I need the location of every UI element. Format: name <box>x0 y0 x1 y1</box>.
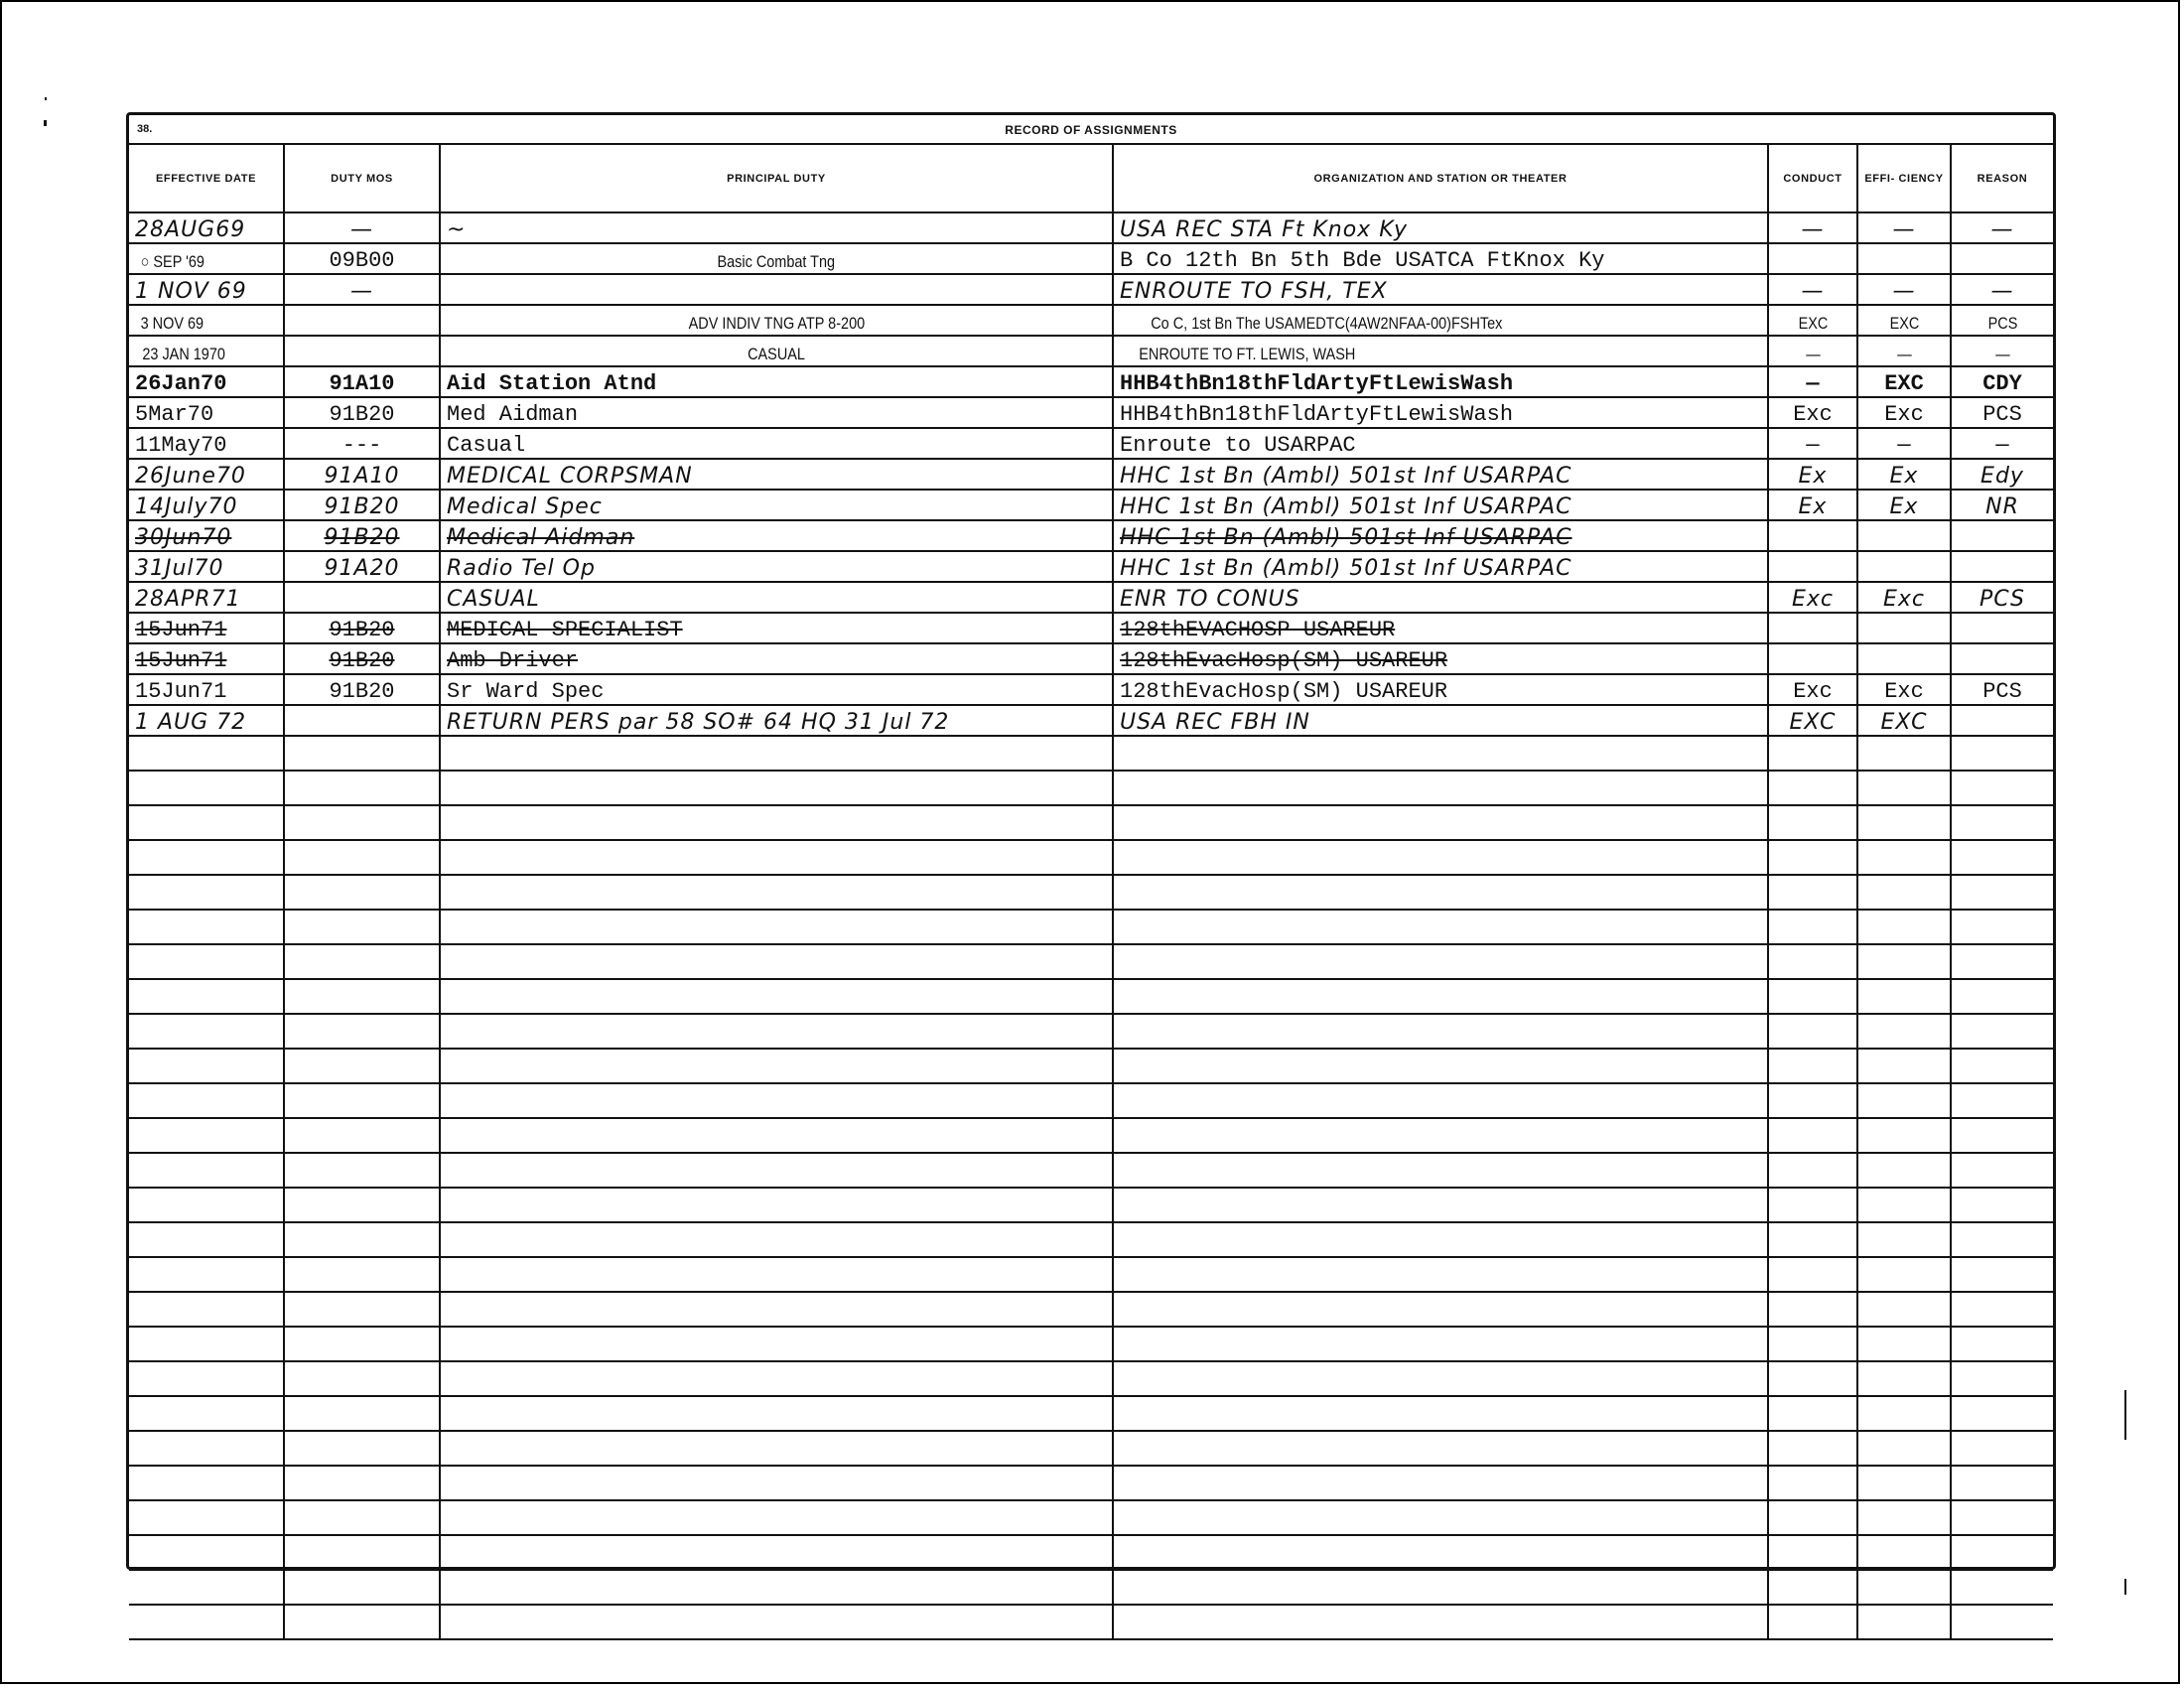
empty-cell <box>1768 1083 1857 1118</box>
empty-cell <box>1857 1431 1951 1466</box>
reason-text: — <box>1991 279 2014 304</box>
empty-cell <box>1768 1500 1857 1535</box>
empty-cell <box>1857 979 1951 1014</box>
empty-cell <box>1951 1535 2053 1570</box>
empty-cell <box>284 1570 440 1605</box>
empty-cell <box>1113 736 1768 771</box>
reason-cell: Edy <box>1951 459 2053 490</box>
efficiency-text: EXC <box>1884 371 1924 396</box>
empty-cell <box>129 1431 284 1466</box>
empty-cell <box>129 1466 284 1500</box>
empty-cell <box>1951 840 2053 875</box>
efficiency-cell: — <box>1857 428 1951 459</box>
effective-date-cell: 26June70 <box>129 459 284 490</box>
empty-cell <box>1113 1396 1768 1431</box>
duty-mos-cell: 91A10 <box>284 366 440 397</box>
conduct-cell <box>1768 520 1857 551</box>
duty-mos-text: 91B20 <box>324 525 399 550</box>
duty-mos-text: 91A20 <box>324 556 399 581</box>
duty-mos-cell <box>284 705 440 736</box>
empty-cell <box>129 840 284 875</box>
principal-duty-text: CASUAL <box>447 587 540 612</box>
principal-duty-text: ~ <box>447 217 466 242</box>
table-row: ○ SEP '6909B00Basic Combat TngB Co 12th … <box>129 243 2053 274</box>
col-principal-duty: PRINCIPAL DUTY <box>440 145 1113 212</box>
empty-cell <box>440 805 1113 840</box>
organization-cell: HHB4thBn18thFldArtyFtLewisWash <box>1113 366 1768 397</box>
organization-text: ENROUTE TO FSH, TEX <box>1120 279 1388 304</box>
empty-cell <box>284 1188 440 1222</box>
reason-cell: PCS <box>1951 305 2053 336</box>
effective-date-cell: ○ SEP '69 <box>129 243 284 274</box>
empty-table-row <box>129 1014 2053 1049</box>
empty-table-row <box>129 1466 2053 1500</box>
table-row: 28AUG69—~USA REC STA Ft Knox Ky——— <box>129 212 2053 243</box>
table-row: 1 AUG 72RETURN PERS par 58 SO# 64 HQ 31 … <box>129 705 2053 736</box>
empty-cell <box>1951 1431 2053 1466</box>
effective-date-text: 14July70 <box>135 494 238 519</box>
empty-cell <box>129 875 284 910</box>
effective-date-text: ○ SEP '69 <box>141 252 205 272</box>
empty-cell <box>129 771 284 805</box>
empty-cell <box>284 1500 440 1535</box>
table-row: 28APR71CASUALENR TO CONUSExcExcPCS <box>129 582 2053 613</box>
empty-cell <box>440 736 1113 771</box>
efficiency-text: Exc <box>1884 679 1924 704</box>
effective-date-cell: 26Jan70 <box>129 366 284 397</box>
organization-cell: ENR TO CONUS <box>1113 582 1768 613</box>
column-header-row: EFFECTIVE DATE DUTY MOS PRINCIPAL DUTY O… <box>129 145 2053 212</box>
organization-text: USA REC STA Ft Knox Ky <box>1120 217 1408 242</box>
principal-duty-cell: MEDICAL SPECIALIST <box>440 613 1113 643</box>
conduct-cell <box>1768 551 1857 582</box>
organization-cell: 128thEVACHOSP USAREUR <box>1113 613 1768 643</box>
principal-duty-text: Medical Spec <box>447 494 603 519</box>
duty-mos-cell <box>284 336 440 366</box>
empty-cell <box>1951 944 2053 979</box>
empty-cell <box>284 1292 440 1327</box>
empty-cell <box>1951 1500 2053 1535</box>
empty-cell <box>1951 979 2053 1014</box>
reason-text: NR <box>1985 494 2019 519</box>
effective-date-text: 28APR71 <box>135 587 241 612</box>
empty-cell <box>284 1049 440 1083</box>
duty-mos-cell: 91A20 <box>284 551 440 582</box>
empty-table-row <box>129 1570 2053 1605</box>
duty-mos-text: 91B20 <box>324 494 399 519</box>
empty-cell <box>284 1361 440 1396</box>
duty-mos-cell: — <box>284 274 440 305</box>
efficiency-cell <box>1857 520 1951 551</box>
empty-table-row <box>129 771 2053 805</box>
empty-cell <box>129 910 284 944</box>
table-row: 15Jun7191B20MEDICAL SPECIALIST128thEVACH… <box>129 613 2053 643</box>
empty-cell <box>129 1257 284 1292</box>
empty-cell <box>440 1500 1113 1535</box>
empty-cell <box>1951 1188 2053 1222</box>
reason-cell: — <box>1951 336 2053 366</box>
conduct-cell: — <box>1768 274 1857 305</box>
effective-date-cell: 14July70 <box>129 490 284 520</box>
empty-cell <box>1857 1083 1951 1118</box>
efficiency-cell: — <box>1857 336 1951 366</box>
efficiency-text: — <box>1897 433 1910 458</box>
empty-cell <box>1951 1327 2053 1361</box>
table-row: 11May70---CasualEnroute to USARPAC——— <box>129 428 2053 459</box>
conduct-cell: Exc <box>1768 582 1857 613</box>
reason-cell <box>1951 643 2053 674</box>
empty-table-row <box>129 805 2053 840</box>
empty-cell <box>1857 1188 1951 1222</box>
table-row: 14July7091B20Medical SpecHHC 1st Bn (Amb… <box>129 490 2053 520</box>
empty-cell <box>1113 1500 1768 1535</box>
principal-duty-cell <box>440 274 1113 305</box>
empty-cell <box>1768 1153 1857 1188</box>
effective-date-cell: 11May70 <box>129 428 284 459</box>
empty-cell <box>1768 805 1857 840</box>
principal-duty-text: Med Aidman <box>447 402 578 427</box>
duty-mos-text: 91A10 <box>324 464 399 489</box>
principal-duty-cell: Radio Tel Op <box>440 551 1113 582</box>
empty-cell <box>1113 840 1768 875</box>
organization-text: HHC 1st Bn (Ambl) 501st Inf USARPAC <box>1120 464 1572 489</box>
effective-date-text: 26Jan70 <box>135 371 226 396</box>
empty-cell <box>440 1292 1113 1327</box>
empty-cell <box>440 910 1113 944</box>
organization-text: 128thEvacHosp(SM) USAREUR <box>1120 648 1447 673</box>
empty-table-row <box>129 1361 2053 1396</box>
conduct-text: — <box>1806 433 1819 458</box>
empty-cell <box>1857 1014 1951 1049</box>
empty-cell <box>1113 805 1768 840</box>
empty-table-row <box>129 944 2053 979</box>
table-row: 5Mar7091B20Med AidmanHHB4thBn18thFldArty… <box>129 397 2053 428</box>
conduct-cell: Ex <box>1768 490 1857 520</box>
margin-mark <box>44 120 47 126</box>
empty-cell <box>1768 771 1857 805</box>
empty-cell <box>1857 1605 1951 1639</box>
empty-cell <box>440 1327 1113 1361</box>
empty-cell <box>1768 1361 1857 1396</box>
empty-cell <box>1768 736 1857 771</box>
empty-cell <box>1113 1188 1768 1222</box>
principal-duty-cell: CASUAL <box>440 336 1113 366</box>
table-row: 1 NOV 69—ENROUTE TO FSH, TEX——— <box>129 274 2053 305</box>
organization-cell: ENROUTE TO FT. LEWIS, WASH <box>1113 336 1768 366</box>
empty-cell <box>284 1396 440 1431</box>
empty-table-row <box>129 1431 2053 1466</box>
principal-duty-cell: Med Aidman <box>440 397 1113 428</box>
col-efficiency: EFFI- CIENCY <box>1857 145 1951 212</box>
duty-mos-text: — <box>350 217 373 242</box>
empty-cell <box>1113 1466 1768 1500</box>
empty-cell <box>129 1361 284 1396</box>
empty-cell <box>129 979 284 1014</box>
efficiency-cell: Exc <box>1857 674 1951 705</box>
empty-cell <box>1951 1083 2053 1118</box>
effective-date-text: 5Mar70 <box>135 402 213 427</box>
reason-text: PCS <box>1982 679 2022 704</box>
conduct-cell: Exc <box>1768 674 1857 705</box>
empty-cell <box>1857 1570 1951 1605</box>
table-row: 26June7091A10MEDICAL CORPSMANHHC 1st Bn … <box>129 459 2053 490</box>
organization-cell: HHC 1st Bn (Ambl) 501st Inf USARPAC <box>1113 520 1768 551</box>
empty-cell <box>1113 1292 1768 1327</box>
effective-date-cell: 3 NOV 69 <box>129 305 284 336</box>
conduct-text: Ex <box>1799 494 1828 519</box>
reason-cell: NR <box>1951 490 2053 520</box>
empty-cell <box>440 1222 1113 1257</box>
empty-cell <box>1857 910 1951 944</box>
empty-cell <box>1857 771 1951 805</box>
duty-mos-text: 09B00 <box>329 248 394 273</box>
efficiency-text: Exc <box>1884 402 1924 427</box>
organization-text: HHB4thBn18thFldArtyFtLewisWash <box>1120 402 1513 427</box>
empty-cell <box>1951 736 2053 771</box>
organization-cell: B Co 12th Bn 5th Bde USATCA FtKnox Ky <box>1113 243 1768 274</box>
empty-table-row <box>129 1535 2053 1570</box>
duty-mos-cell: — <box>284 212 440 243</box>
empty-cell <box>1857 1396 1951 1431</box>
empty-cell <box>284 736 440 771</box>
empty-cell <box>284 979 440 1014</box>
empty-cell <box>129 1222 284 1257</box>
empty-cell <box>1951 1361 2053 1396</box>
empty-cell <box>1951 910 2053 944</box>
organization-cell: HHC 1st Bn (Ambl) 501st Inf USARPAC <box>1113 459 1768 490</box>
organization-text: HHB4thBn18thFldArtyFtLewisWash <box>1120 371 1513 396</box>
empty-cell <box>1951 1222 2053 1257</box>
empty-cell <box>440 1570 1113 1605</box>
efficiency-cell: EXC <box>1857 305 1951 336</box>
principal-duty-cell: Sr Ward Spec <box>440 674 1113 705</box>
organization-text: B Co 12th Bn 5th Bde USATCA FtKnox Ky <box>1120 248 1604 273</box>
empty-cell <box>440 1083 1113 1118</box>
duty-mos-cell: 91B20 <box>284 490 440 520</box>
empty-cell <box>284 1257 440 1292</box>
conduct-text: — <box>1802 279 1825 304</box>
empty-cell <box>1857 875 1951 910</box>
conduct-text: Ex <box>1799 464 1828 489</box>
efficiency-cell <box>1857 613 1951 643</box>
record-of-assignments-form: 38. RECORD OF ASSIGNMENTS EFFECTIVE DATE… <box>126 112 2056 1570</box>
empty-cell <box>1113 979 1768 1014</box>
organization-text: 128thEvacHosp(SM) USAREUR <box>1120 679 1447 704</box>
empty-table-row <box>129 979 2053 1014</box>
efficiency-text: Ex <box>1890 494 1919 519</box>
principal-duty-text: Basic Combat Tng <box>718 252 836 272</box>
empty-cell <box>1857 1361 1951 1396</box>
empty-cell <box>284 840 440 875</box>
empty-cell <box>1768 840 1857 875</box>
organization-text: Co C, 1st Bn The USAMEDTC(4AW2NFAA-00)FS… <box>1151 314 1502 334</box>
table-row: 3 NOV 69ADV INDIV TNG ATP 8-200Co C, 1st… <box>129 305 2053 336</box>
principal-duty-cell: Aid Station Atnd <box>440 366 1113 397</box>
reason-cell <box>1951 613 2053 643</box>
principal-duty-cell: MEDICAL CORPSMAN <box>440 459 1113 490</box>
empty-cell <box>1857 1118 1951 1153</box>
empty-table-row <box>129 1292 2053 1327</box>
efficiency-text: EXC <box>1881 710 1928 735</box>
reason-text: — <box>1991 217 2014 242</box>
empty-cell <box>1113 1014 1768 1049</box>
empty-cell <box>284 1327 440 1361</box>
duty-mos-text: 91B20 <box>329 679 394 704</box>
conduct-text: — <box>1806 371 1819 396</box>
effective-date-cell: 28AUG69 <box>129 212 284 243</box>
empty-cell <box>129 1292 284 1327</box>
empty-cell <box>1113 875 1768 910</box>
reason-cell: — <box>1951 212 2053 243</box>
reason-cell <box>1951 705 2053 736</box>
empty-cell <box>1113 1083 1768 1118</box>
duty-mos-text: 91A10 <box>329 371 394 396</box>
empty-cell <box>1113 1361 1768 1396</box>
effective-date-text: 15Jun71 <box>135 618 226 642</box>
organization-cell: ENROUTE TO FSH, TEX <box>1113 274 1768 305</box>
duty-mos-cell: 91B20 <box>284 643 440 674</box>
empty-cell <box>440 771 1113 805</box>
duty-mos-text: --- <box>342 433 382 458</box>
empty-cell <box>1113 771 1768 805</box>
empty-cell <box>440 1118 1113 1153</box>
empty-cell <box>1113 1535 1768 1570</box>
empty-cell <box>1768 1222 1857 1257</box>
empty-cell <box>440 979 1113 1014</box>
table-row: 23 JAN 1970CASUALENROUTE TO FT. LEWIS, W… <box>129 336 2053 366</box>
empty-cell <box>1113 1257 1768 1292</box>
conduct-cell: Ex <box>1768 459 1857 490</box>
effective-date-cell: 30Jun70 <box>129 520 284 551</box>
principal-duty-cell: ~ <box>440 212 1113 243</box>
empty-cell <box>1768 1327 1857 1361</box>
empty-table-row <box>129 910 2053 944</box>
duty-mos-text: — <box>350 279 373 304</box>
empty-cell <box>1768 979 1857 1014</box>
empty-cell <box>1113 1153 1768 1188</box>
empty-cell <box>284 910 440 944</box>
empty-cell <box>1113 1570 1768 1605</box>
effective-date-text: 11May70 <box>135 433 226 458</box>
effective-date-text: 30Jun70 <box>135 525 231 550</box>
empty-cell <box>129 1327 284 1361</box>
empty-cell <box>1768 944 1857 979</box>
empty-cell <box>440 1153 1113 1188</box>
empty-cell <box>284 1605 440 1639</box>
empty-cell <box>129 1083 284 1118</box>
effective-date-text: 28AUG69 <box>135 217 245 242</box>
empty-table-row <box>129 1049 2053 1083</box>
reason-cell <box>1951 243 2053 274</box>
conduct-text: — <box>1802 217 1825 242</box>
conduct-cell <box>1768 243 1857 274</box>
empty-cell <box>284 805 440 840</box>
empty-cell <box>440 1361 1113 1396</box>
table-row: 26Jan7091A10Aid Station AtndHHB4thBn18th… <box>129 366 2053 397</box>
effective-date-text: 31Jul70 <box>135 556 224 581</box>
empty-cell <box>1768 875 1857 910</box>
empty-cell <box>129 1014 284 1049</box>
conduct-cell: — <box>1768 428 1857 459</box>
empty-cell <box>1113 910 1768 944</box>
reason-cell <box>1951 551 2053 582</box>
duty-mos-cell: 91B20 <box>284 674 440 705</box>
efficiency-cell: EXC <box>1857 705 1951 736</box>
empty-cell <box>1951 1605 2053 1639</box>
empty-cell <box>1951 1292 2053 1327</box>
reason-text: PCS <box>1979 587 2025 612</box>
organization-cell: Enroute to USARPAC <box>1113 428 1768 459</box>
empty-table-row <box>129 1222 2053 1257</box>
efficiency-cell: — <box>1857 274 1951 305</box>
conduct-cell <box>1768 643 1857 674</box>
reason-cell: CDY <box>1951 366 2053 397</box>
effective-date-text: 1 AUG 72 <box>135 710 246 735</box>
conduct-text: EXC <box>1790 710 1837 735</box>
efficiency-text: — <box>1893 279 1916 304</box>
empty-cell <box>440 1049 1113 1083</box>
empty-cell <box>1768 1049 1857 1083</box>
effective-date-cell: 1 AUG 72 <box>129 705 284 736</box>
empty-cell <box>284 875 440 910</box>
table-row: 15Jun7191B20Sr Ward Spec128thEvacHosp(SM… <box>129 674 2053 705</box>
organization-cell: 128thEvacHosp(SM) USAREUR <box>1113 674 1768 705</box>
conduct-cell: — <box>1768 366 1857 397</box>
effective-date-text: 15Jun71 <box>135 648 226 673</box>
conduct-text: Exc <box>1793 679 1833 704</box>
col-reason: REASON <box>1951 145 2053 212</box>
duty-mos-text: 91B20 <box>329 402 394 427</box>
empty-cell <box>1951 1257 2053 1292</box>
reason-text: PCS <box>1987 314 2017 334</box>
principal-duty-cell: RETURN PERS par 58 SO# 64 HQ 31 Jul 72 <box>440 705 1113 736</box>
efficiency-text: Exc <box>1883 587 1925 612</box>
empty-cell <box>129 1500 284 1535</box>
empty-cell <box>440 1431 1113 1466</box>
organization-text: Enroute to USARPAC <box>1120 433 1356 458</box>
empty-cell <box>1113 1431 1768 1466</box>
empty-cell <box>440 840 1113 875</box>
empty-cell <box>1113 1605 1768 1639</box>
efficiency-text: EXC <box>1889 314 1919 334</box>
col-organization: ORGANIZATION AND STATION OR THEATER <box>1113 145 1768 212</box>
empty-cell <box>1857 805 1951 840</box>
empty-cell <box>1951 1570 2053 1605</box>
reason-text: — <box>1995 345 2009 364</box>
reason-cell: — <box>1951 428 2053 459</box>
principal-duty-text: Amb Driver <box>447 648 578 673</box>
organization-text: HHC 1st Bn (Ambl) 501st Inf USARPAC <box>1120 525 1572 550</box>
margin-mark <box>2124 1579 2126 1595</box>
conduct-cell <box>1768 613 1857 643</box>
principal-duty-text: MEDICAL CORPSMAN <box>447 464 693 489</box>
effective-date-text: 15Jun71 <box>135 679 226 704</box>
empty-cell <box>129 1049 284 1083</box>
empty-cell <box>440 1257 1113 1292</box>
empty-cell <box>1768 1396 1857 1431</box>
reason-text: CDY <box>1982 371 2022 396</box>
empty-cell <box>284 1153 440 1188</box>
reason-cell: PCS <box>1951 674 2053 705</box>
reason-cell: PCS <box>1951 397 2053 428</box>
empty-cell <box>440 1535 1113 1570</box>
efficiency-cell: EXC <box>1857 366 1951 397</box>
empty-cell <box>1113 1049 1768 1083</box>
reason-text: Edy <box>1980 464 2024 489</box>
efficiency-cell <box>1857 551 1951 582</box>
conduct-text: Exc <box>1793 402 1833 427</box>
effective-date-text: 1 NOV 69 <box>135 279 247 304</box>
